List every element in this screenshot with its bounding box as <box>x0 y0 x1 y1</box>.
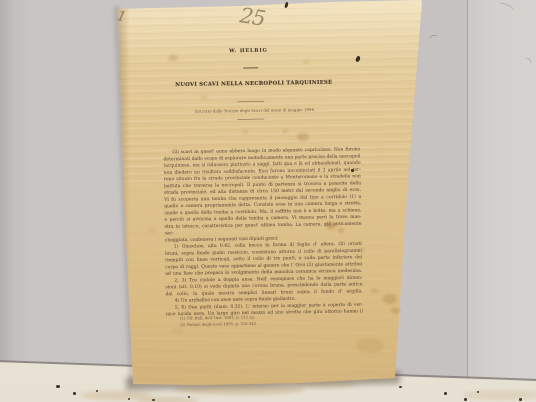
document-title: NUOVI SCAVI NELLA NECROPOLI TARQUINIESE <box>171 79 336 88</box>
document-content: W. HELBIG NUOVI SCAVI NELLA NECROPOLI TA… <box>118 0 424 400</box>
table-speck <box>56 385 60 388</box>
ink-speck <box>351 169 354 172</box>
footnotes: (1) Cfr. Bull. dell' Inst. 1881, p. 115 … <box>180 313 290 328</box>
table-speck <box>477 391 479 393</box>
table-speck <box>96 390 98 392</box>
imprint-line: Estratto dalle Notizie degli Scavi del m… <box>185 107 325 114</box>
imprint-rule-top <box>237 101 264 102</box>
table-smudge <box>462 390 536 400</box>
wall-seam-line <box>467 0 468 379</box>
wall-scribble <box>428 34 438 42</box>
table-speck <box>519 398 522 401</box>
author-name: W. HELBIG <box>188 47 308 54</box>
footnote-line: (2) Notizie degli scavi 1895, p. 318-342… <box>180 320 290 328</box>
handwritten-price-mark: 25 <box>238 3 266 31</box>
body-text: Gli scavi in quest' anno ebbero luogo in… <box>163 146 363 318</box>
photo-scene: W. HELBIG NUOVI SCAVI NELLA NECROPOLI TA… <box>0 0 536 402</box>
table-speck <box>464 398 467 401</box>
table-speck <box>444 392 447 395</box>
author-rule <box>243 67 258 68</box>
table-speck <box>73 392 76 395</box>
imprint-rule-bottom <box>237 119 264 120</box>
